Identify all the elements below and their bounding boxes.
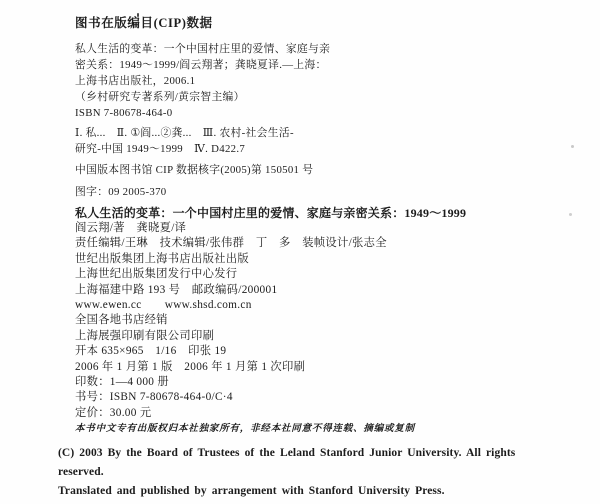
copyright-line-2: Translated and published by arrangement … (58, 482, 563, 501)
copyright-line-1: (C) 2003 By the Board of Trustees of the… (58, 444, 563, 482)
retail-line: 全国各地书店经销 (75, 313, 555, 328)
cip-record-number-line: 中国版本图书馆 CIP 数据核字(2005)第 150501 号 (75, 162, 535, 178)
edition-line: 2006 年 1 月第 1 版 2006 年 1 月第 1 次印刷 (75, 360, 555, 375)
scan-speck (571, 145, 574, 148)
cip-classification-line: 研究-中国 1949～1999 Ⅳ. D422.7 (75, 141, 535, 157)
cip-header: 图书在版编目(CIP)数据 (75, 15, 535, 32)
printer-line: 上海展强印刷有限公司印刷 (75, 329, 555, 344)
cip-classification-line: Ⅰ. 私... Ⅱ. ①阎...②龚... Ⅲ. 农村-社会生活- (75, 125, 535, 141)
cip-license-number-line: 图字：09 2005-370 (75, 184, 535, 200)
scan-speck (137, 13, 139, 17)
imprint-section: 私人生活的变革：一个中国村庄里的爱情、家庭与亲密关系：1949～1999 阎云翔… (75, 205, 555, 437)
format-line: 开本 635×965 1/16 印张 19 (75, 344, 555, 359)
cip-line: 私人生活的变革：一个中国村庄里的爱情、家庭与亲 (75, 41, 535, 57)
copyright-section: (C) 2003 By the Board of Trustees of the… (58, 444, 563, 501)
website-line: www.ewen.cc www.shsd.com.cn (75, 298, 555, 313)
address-line: 上海福建中路 193 号 邮政编码/200001 (75, 283, 555, 298)
cip-section: 图书在版编目(CIP)数据 私人生活的变革：一个中国村庄里的爱情、家庭与亲 密关… (75, 15, 535, 200)
print-run-line: 印数：1—4 000 册 (75, 375, 555, 390)
distributor-line: 上海世纪出版集团发行中心发行 (75, 267, 555, 282)
price-line: 定价：30.00 元 (75, 406, 555, 421)
book-title: 私人生活的变革：一个中国村庄里的爱情、家庭与亲密关系：1949～1999 (75, 205, 555, 221)
cip-line: 上海书店出版社，2006.1 (75, 73, 535, 89)
editors-line: 责任编辑/王琳 技术编辑/张伟群 丁 多 装帧设计/张志全 (75, 236, 555, 251)
cip-line: 密关系：1949～1999/阎云翔著；龚晓夏译.—上海： (75, 57, 535, 73)
scan-speck (569, 213, 572, 216)
publisher-line: 世纪出版集团上海书店出版社出版 (75, 252, 555, 267)
book-copyright-page: 图书在版编目(CIP)数据 私人生活的变革：一个中国村庄里的爱情、家庭与亲 密关… (0, 0, 600, 504)
rights-notice: 本书中文专有出版权归本社独家所有，非经本社同意不得连载、摘编或复制 (75, 422, 555, 437)
cip-isbn-line: ISBN 7-80678-464-0 (75, 105, 535, 121)
cip-line: （乡村研究专著系列/黄宗智主编） (75, 89, 535, 105)
isbn-line: 书号：ISBN 7-80678-464-0/C·4 (75, 390, 555, 405)
author-translator-line: 阎云翔/著 龚晓夏/译 (75, 221, 555, 236)
